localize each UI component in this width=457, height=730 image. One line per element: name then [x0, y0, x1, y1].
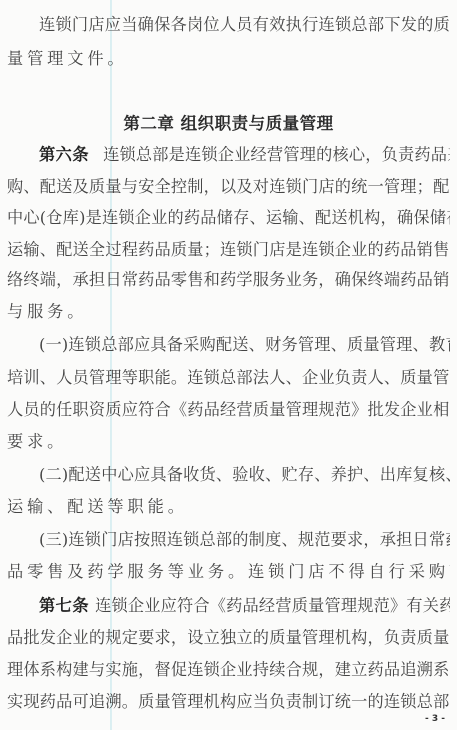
article-7-line-4: 实现药品可追溯。质量管理机构应当负责制订统一的连锁总部质: [7, 691, 450, 713]
article-6-line-4: 运输、配送全过程药品质量；连锁门店是连锁企业的药品销售网: [7, 239, 450, 261]
item-2-line-1: (二)配送中心应具备收货、验收、贮存、养护、出库复核、: [39, 464, 450, 486]
article-7-line-3: 理体系构建与实施，督促连锁企业持续合规，建立药品追溯系统，: [7, 659, 450, 681]
article-7-label: 第七条: [39, 596, 89, 615]
article-6-line-1: 第六条连锁总部是连锁企业经营管理的核心，负责药品采: [39, 144, 450, 166]
article-7-line-2: 品批发企业的规定要求，设立独立的质量管理机构，负责质量管: [7, 627, 450, 649]
intro-line-1: 连锁门店应当确保各岗位人员有效执行连锁总部下发的质: [39, 14, 450, 36]
item-1-line-4: 要求。: [7, 431, 450, 453]
article-6-text: 连锁总部是连锁企业经营管理的核心，负责药品采: [103, 145, 450, 164]
document-page: 连锁门店应当确保各岗位人员有效执行连锁总部下发的质 量管理文件。 第二章 组织职…: [0, 0, 457, 730]
item-3-line-1: (三)连锁门店按照连锁总部的制度、规范要求，承担日常药: [39, 529, 450, 551]
article-6-line-2: 购、配送及质量与安全控制，以及对连锁门店的统一管理；配送: [7, 176, 450, 198]
article-6-line-3: 中心(仓库)是连锁企业的药品储存、运输、配送机构，确保储存、: [7, 207, 450, 229]
item-2-line-2: 运输、配送等职能。: [7, 496, 450, 518]
item-1-line-3: 人员的任职资质应符合《药品经营质量管理规范》批发企业相关: [7, 399, 450, 421]
article-6-line-5: 络终端，承担日常药品零售和药学服务业务，确保终端药品销售: [7, 269, 450, 291]
item-3-line-2: 品零售及药学服务等业务。连锁门店不得自行采购药品。: [7, 561, 450, 583]
article-7-line-1: 第七条连锁企业应符合《药品经营质量管理规范》有关药: [39, 595, 450, 617]
article-7-text: 连锁企业应符合《药品经营质量管理规范》有关药: [95, 596, 450, 615]
intro-line-2: 量管理文件。: [7, 48, 450, 70]
article-6-label: 第六条: [39, 145, 89, 164]
chapter-heading: 第二章 组织职责与质量管理: [0, 113, 457, 135]
item-1-line-1: (一)连锁总部应具备采购配送、财务管理、质量管理、教育: [39, 334, 450, 356]
article-6-line-6: 与服务。: [7, 301, 450, 323]
page-number: - 3 -: [425, 714, 445, 724]
item-1-line-2: 培训、人员管理等职能。连锁总部法人、企业负责人、质量管理: [7, 367, 450, 389]
